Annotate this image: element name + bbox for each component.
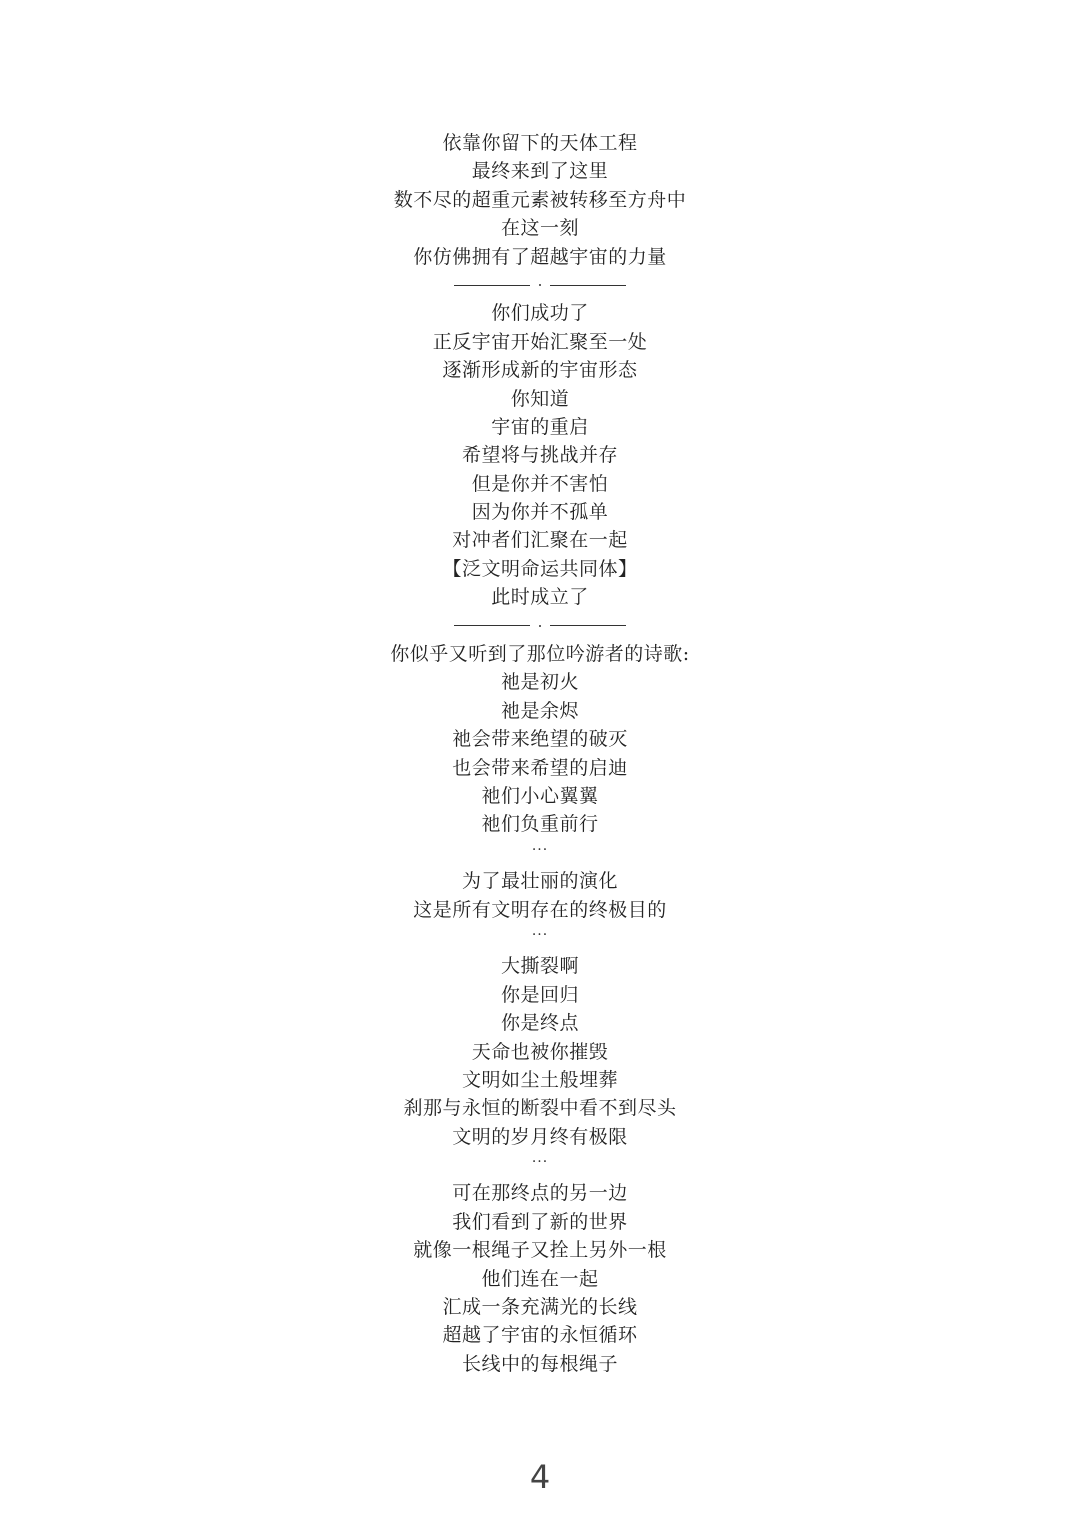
- poem-line: 祂是余烬: [0, 697, 1080, 725]
- poem-line: 你似乎又听到了那位吟游者的诗歌:: [0, 640, 1080, 668]
- poem-line: 逐渐形成新的宇宙形态: [0, 356, 1080, 384]
- divider-dot: [539, 625, 541, 627]
- poem-body: 依靠你留下的天体工程 最终来到了这里 数不尽的超重元素被转移至方舟中 在这一刻 …: [0, 129, 1080, 1378]
- poem-line: 祂们小心翼翼: [0, 782, 1080, 810]
- section-divider: [0, 612, 1080, 640]
- poem-line: 祂是初火: [0, 668, 1080, 696]
- ellipsis-break: ···: [0, 924, 1080, 952]
- divider-line-right: [550, 625, 626, 626]
- poem-line: 数不尽的超重元素被转移至方舟中: [0, 186, 1080, 214]
- page-number: 4: [0, 1458, 1080, 1496]
- poem-line: 宇宙的重启: [0, 413, 1080, 441]
- poem-line: 你们成功了: [0, 299, 1080, 327]
- poem-line: 最终来到了这里: [0, 157, 1080, 185]
- poem-line-title: 【泛文明命运共同体】: [0, 555, 1080, 583]
- stanza-5: 大撕裂啊 你是回归 你是终点 天命也被你摧毁 文明如尘土般埋葬 刹那与永恒的断裂…: [0, 952, 1080, 1151]
- poem-line: 这是所有文明存在的终极目的: [0, 896, 1080, 924]
- poem-line: 文明如尘土般埋葬: [0, 1066, 1080, 1094]
- divider-line-left: [454, 285, 530, 286]
- poem-line: 刹那与永恒的断裂中看不到尽头: [0, 1094, 1080, 1122]
- poem-line: 你是终点: [0, 1009, 1080, 1037]
- section-divider: [0, 271, 1080, 299]
- poem-line: 你仿佛拥有了超越宇宙的力量: [0, 243, 1080, 271]
- poem-line: 因为你并不孤单: [0, 498, 1080, 526]
- poem-line: 你知道: [0, 385, 1080, 413]
- poem-line: 汇成一条充满光的长线: [0, 1293, 1080, 1321]
- poem-line: 超越了宇宙的永恒循环: [0, 1321, 1080, 1349]
- divider-line-left: [454, 625, 530, 626]
- poem-line: 此时成立了: [0, 583, 1080, 611]
- ellipsis-break: ···: [0, 839, 1080, 867]
- poem-line: 就像一根绳子又拴上另外一根: [0, 1236, 1080, 1264]
- poem-line: 为了最壮丽的演化: [0, 867, 1080, 895]
- poem-line: 大撕裂啊: [0, 952, 1080, 980]
- divider-dot: [539, 284, 541, 286]
- poem-line: 依靠你留下的天体工程: [0, 129, 1080, 157]
- ellipsis-break: ···: [0, 1151, 1080, 1179]
- stanza-4: 为了最壮丽的演化 这是所有文明存在的终极目的: [0, 867, 1080, 924]
- stanza-2: 你们成功了 正反宇宙开始汇聚至一处 逐渐形成新的宇宙形态 你知道 宇宙的重启 希…: [0, 299, 1080, 611]
- poem-line: 在这一刻: [0, 214, 1080, 242]
- stanza-1: 依靠你留下的天体工程 最终来到了这里 数不尽的超重元素被转移至方舟中 在这一刻 …: [0, 129, 1080, 271]
- poem-line: 但是你并不害怕: [0, 470, 1080, 498]
- poem-line: 祂们负重前行: [0, 810, 1080, 838]
- poem-line: 长线中的每根绳子: [0, 1350, 1080, 1378]
- divider-line-right: [550, 285, 626, 286]
- stanza-6: 可在那终点的另一边 我们看到了新的世界 就像一根绳子又拴上另外一根 他们连在一起…: [0, 1179, 1080, 1378]
- poem-line: 正反宇宙开始汇聚至一处: [0, 328, 1080, 356]
- poem-line: 希望将与挑战并存: [0, 441, 1080, 469]
- stanza-3: 你似乎又听到了那位吟游者的诗歌: 祂是初火 祂是余烬 祂会带来绝望的破灭 也会带…: [0, 640, 1080, 839]
- poem-line: 他们连在一起: [0, 1265, 1080, 1293]
- poem-line: 文明的岁月终有极限: [0, 1123, 1080, 1151]
- poem-line: 我们看到了新的世界: [0, 1208, 1080, 1236]
- poem-line: 对冲者们汇聚在一起: [0, 526, 1080, 554]
- poem-line: 可在那终点的另一边: [0, 1179, 1080, 1207]
- poem-line: 也会带来希望的启迪: [0, 754, 1080, 782]
- poem-line: 天命也被你摧毁: [0, 1038, 1080, 1066]
- poem-line: 祂会带来绝望的破灭: [0, 725, 1080, 753]
- poem-line: 你是回归: [0, 981, 1080, 1009]
